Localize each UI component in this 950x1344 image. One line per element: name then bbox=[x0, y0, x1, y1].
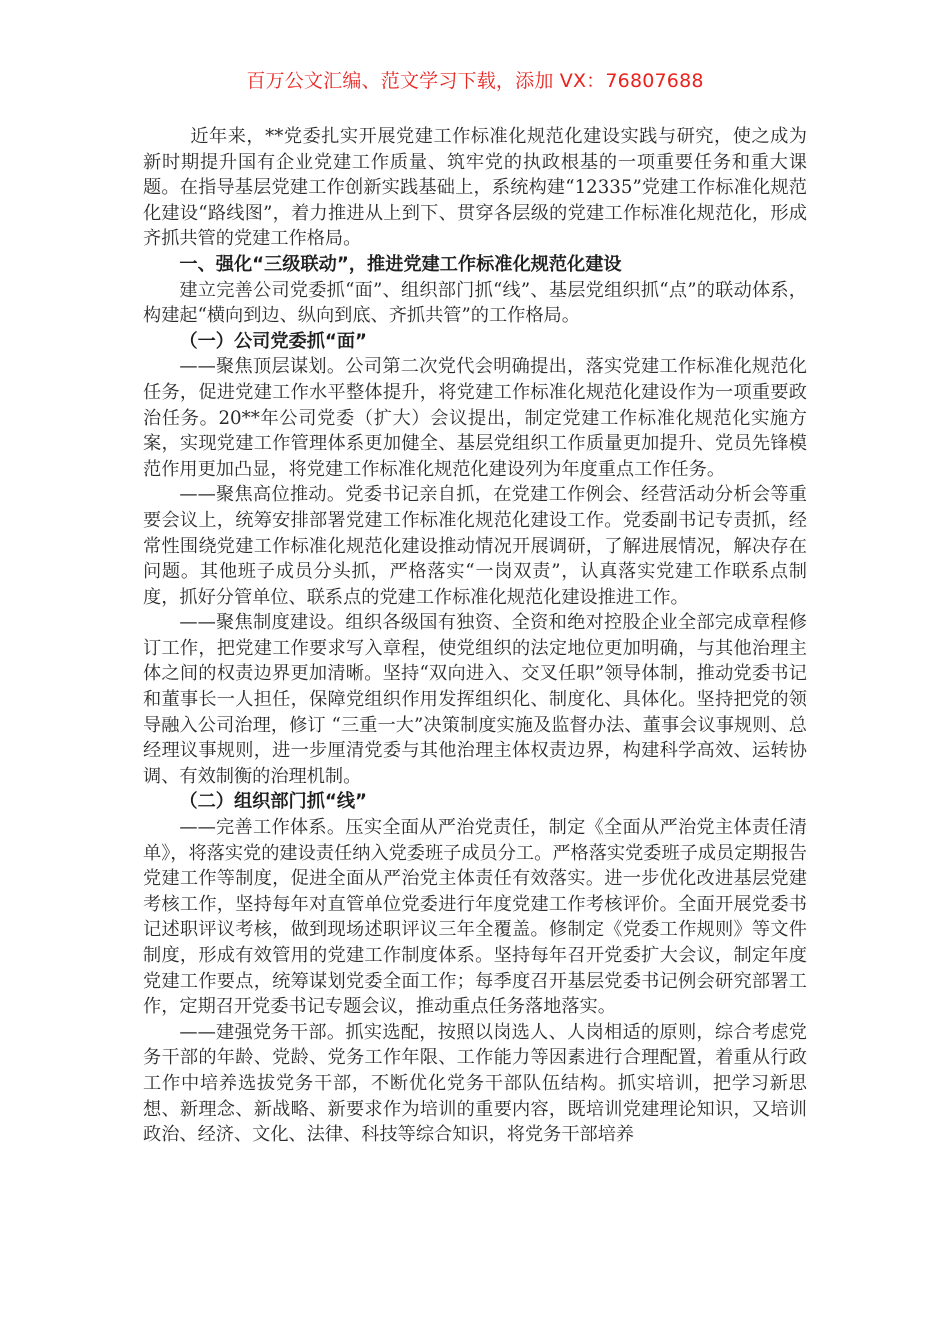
watermark-header: 百万公文汇编、范文学习下载，添加 VX：76807688 bbox=[0, 68, 950, 94]
paragraph-work-system: ——完善工作体系。压实全面从严治党责任，制定《全面从严治党主体责任清单》，将落实… bbox=[143, 815, 807, 1020]
document-page: 百万公文汇编、范文学习下载，添加 VX：76807688 近年来，**党委扎实开… bbox=[0, 0, 950, 1344]
intro-paragraph: 近年来，**党委扎实开展党建工作标准化规范化建设实践与研究，使之成为新时期提升国… bbox=[143, 124, 807, 252]
paragraph-top-level-planning: ——聚焦顶层谋划。公司第二次党代会明确提出，落实党建工作标准化规范化任务，促进党… bbox=[143, 354, 807, 482]
paragraph-party-cadres: ——建强党务干部。抓实选配，按照以岗选人、人岗相适的原则，综合考虑党务干部的年龄… bbox=[143, 1020, 807, 1148]
subsection-heading-1: （一）公司党委抓“面” bbox=[143, 329, 807, 355]
document-body: 近年来，**党委扎实开展党建工作标准化规范化建设实践与研究，使之成为新时期提升国… bbox=[143, 124, 807, 1148]
section-heading-1: 一、强化“三级联动”，推进党建工作标准化规范化建设 bbox=[143, 252, 807, 278]
section-1-intro-paragraph: 建立完善公司党委抓“面”、组织部门抓“线”、基层党组织抓“点”的联动体系，构建起… bbox=[143, 278, 807, 329]
paragraph-high-level-promotion: ——聚焦高位推动。党委书记亲自抓，在党建工作例会、经营活动分析会等重要会议上，统… bbox=[143, 482, 807, 610]
subsection-heading-2: （二）组织部门抓“线” bbox=[143, 789, 807, 815]
paragraph-system-building: ——聚焦制度建设。组织各级国有独资、全资和绝对控股企业全部完成章程修订工作，把党… bbox=[143, 610, 807, 789]
